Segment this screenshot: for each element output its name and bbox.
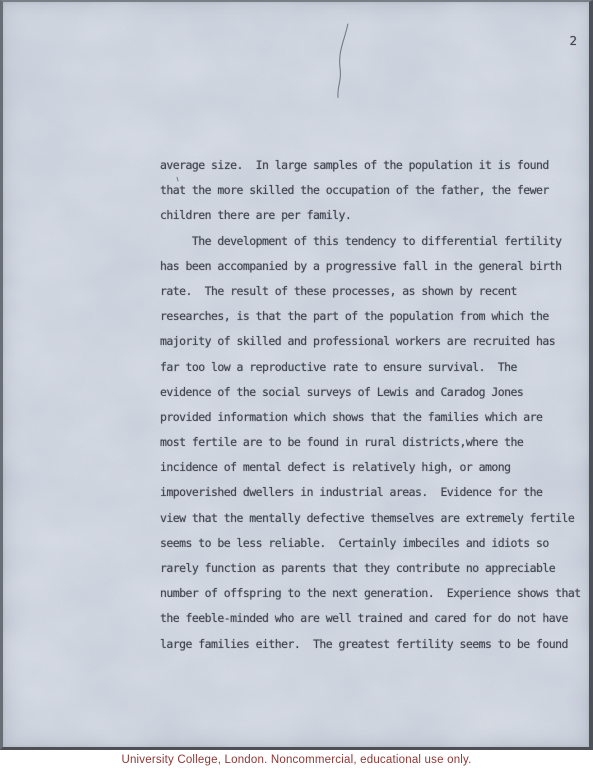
text-line: incidence of mental defect is relatively…: [160, 455, 581, 480]
text-line: seems to be less reliable. Certainly imb…: [160, 531, 581, 556]
typewritten-body: average size. In large samples of the po…: [160, 153, 581, 657]
hair-scratch-mark: [338, 24, 348, 98]
text-line: researches, is that the part of the popu…: [160, 304, 581, 329]
text-line: rate. The result of these processes, as …: [160, 279, 581, 304]
text-line: rarely function as parents that they con…: [160, 556, 581, 581]
text-line: large families either. The greatest fert…: [160, 632, 581, 657]
text-line: The development of this tendency to diff…: [160, 229, 581, 254]
text-line: has been accompanied by a progressive fa…: [160, 254, 581, 279]
page-number: 2: [569, 33, 577, 48]
text-line: the feeble-minded who are well trained a…: [160, 606, 581, 631]
text-line: average size. In large samples of the po…: [160, 153, 581, 178]
text-line: evidence of the social surveys of Lewis …: [160, 380, 581, 405]
text-line: view that the mentally defective themsel…: [160, 506, 581, 531]
text-line: impoverished dwellers in industrial area…: [160, 480, 581, 505]
text-line: provided information which shows that th…: [160, 405, 581, 430]
footer-strip: University College, London. Noncommercia…: [0, 750, 593, 770]
text-line: children there are per family.: [160, 203, 581, 228]
text-line: far too low a reproductive rate to ensur…: [160, 355, 581, 380]
text-line: number of offspring to the next generati…: [160, 581, 581, 606]
text-line: majority of skilled and professional wor…: [160, 329, 581, 354]
scanned-document-page: 2 average size. In large samples of the …: [0, 0, 593, 770]
text-line: most fertile are to be found in rural di…: [160, 430, 581, 455]
attribution-caption: University College, London. Noncommercia…: [121, 754, 471, 766]
paper-sheet: 2 average size. In large samples of the …: [0, 0, 593, 750]
text-line: that the more skilled the occupation of …: [160, 178, 581, 203]
